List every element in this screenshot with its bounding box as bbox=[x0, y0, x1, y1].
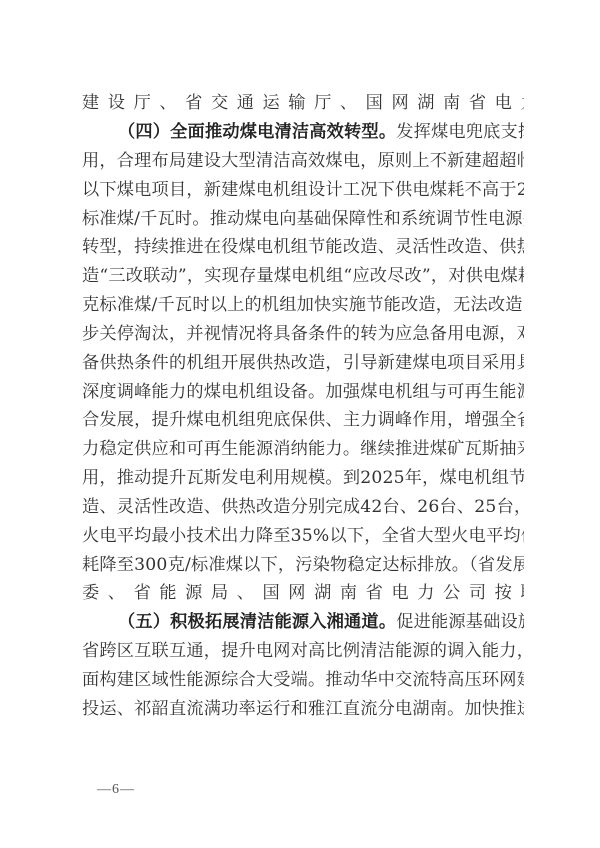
section-5-heading: （五）积极拓展清洁能源入湘通道。 bbox=[118, 612, 396, 632]
section-5-text: 促进能源基础设施跨 bbox=[396, 612, 524, 632]
text-line-16: 火电平均最小技术出力降至35%以下，全省大型火电平均供电煤 bbox=[82, 522, 524, 550]
text-line-6: 转型，持续推进在役煤电机组节能改造、灵活性改造、供热改 bbox=[82, 233, 524, 261]
text-line-5: 标准煤/千瓦时。推动煤电向基础保障性和系统调节性电源并重 bbox=[82, 205, 524, 233]
text-line-13: 力稳定供应和可再生能源消纳能力。继续推进煤矿瓦斯抽采利 bbox=[82, 435, 524, 463]
text-line-22: 投运、祁韶直流满功率运行和雅江直流分电湖南。加快推进“宁 bbox=[82, 695, 524, 723]
text-line-1: 建设厅、省交通运输厅、国网湖南省电力公司按职责分工负责） bbox=[82, 89, 524, 117]
text-line-15: 造、灵活性改造、供热改造分别完成42台、26台、25台，大型 bbox=[82, 493, 524, 521]
text-line-8: 克标准煤/千瓦时以上的机组加快实施节能改造，无法改造的逐 bbox=[82, 291, 524, 319]
text-line-18: 委、省能源局、国网湖南省电力公司按职责分工负责） bbox=[82, 579, 524, 607]
page-number: —6— bbox=[97, 782, 135, 798]
text-line-12: 合发展，提升煤电机组兜底保供、主力调峰作用，增强全省电 bbox=[82, 406, 524, 434]
text-line-11: 深度调峰能力的煤电机组设备。加强煤电机组与可再生能源融 bbox=[82, 378, 524, 406]
text-line-9: 步关停淘汰，并视情况将具备条件的转为应急备用电源，对具 bbox=[82, 320, 524, 348]
text-line-4: 以下煤电项目，新建煤电机组设计工况下供电煤耗不高于285克 bbox=[82, 176, 524, 204]
section-4-heading: （四）全面推动煤电清洁高效转型。 bbox=[118, 122, 396, 142]
section-4-text: 发挥煤电兜底支撑作 bbox=[396, 122, 524, 142]
text-line-17: 耗降至300克/标准煤以下，污染物稳定达标排放。（省发展改革 bbox=[82, 551, 524, 579]
section-5-first-line: （五）积极拓展清洁能源入湘通道。促进能源基础设施跨 bbox=[118, 608, 524, 636]
text-line-7: 造“三改联动”，实现存量煤电机组“应改尽改”，对供电煤耗300 bbox=[82, 262, 524, 290]
text-line-20: 省跨区互联互通，提升电网对高比例清洁能源的调入能力，全 bbox=[82, 637, 524, 665]
document-page: 建设厅、省交通运输厅、国网湖南省电力公司按职责分工负责） （四）全面推动煤电清洁… bbox=[0, 0, 600, 848]
text-line-21: 面构建区域性能源综合大受端。推动华中交流特高压环网建成 bbox=[82, 666, 524, 694]
text-line-3: 用，合理布局建设大型清洁高效煤电，原则上不新建超超临界 bbox=[82, 147, 524, 175]
text-line-14: 用，推动提升瓦斯发电利用规模。到2025年，煤电机组节能改 bbox=[82, 464, 524, 492]
text-line-10: 备供热条件的机组开展供热改造，引导新建煤电项目采用具备 bbox=[82, 349, 524, 377]
section-4-first-line: （四）全面推动煤电清洁高效转型。发挥煤电兜底支撑作 bbox=[118, 118, 524, 146]
